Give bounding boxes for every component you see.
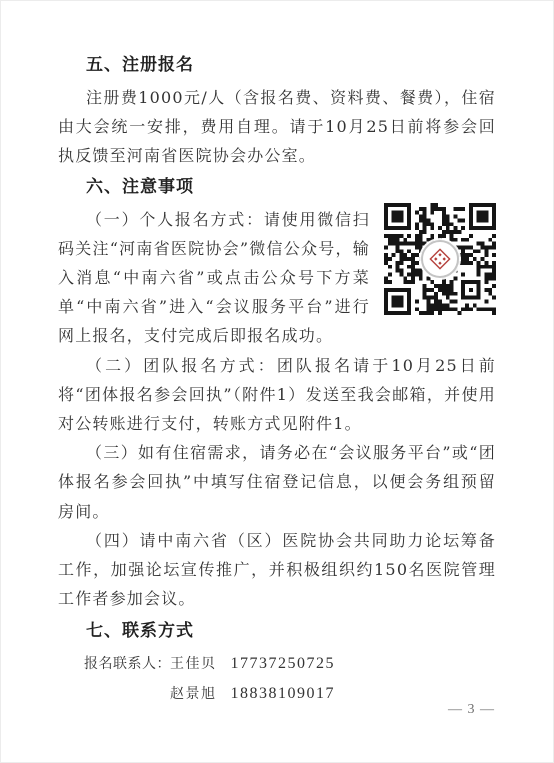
association-logo-icon [421,240,459,278]
contact-phone-2: 18838109017 [231,685,336,702]
section-heading-notes: 六、注意事项 [86,175,496,199]
note-item-3: （三）如有住宿需求，请务必在“会议服务平台”或“团体报名参会回执”中填写住宿登记… [58,438,496,526]
section-heading-registration: 五、注册报名 [86,53,496,77]
contact-phone-1: 17737250725 [231,655,336,672]
page-number: — 3 — [448,702,495,718]
note-item-2: （二）团队报名方式：团队报名请于10月25日前将“团体报名参会回执”（附件1）发… [58,351,496,439]
contact-name-1: 王佳贝 [170,656,217,672]
contact-name-2: 赵景旭 [170,686,217,702]
note-item-4: （四）请中南六省（区）医院协会共同助力论坛筹备工作，加强论坛宣传推广，并积极组织… [58,526,496,614]
contact-block: 报名联系人：王佳贝17737250725 赵景旭18838109017 [84,649,496,709]
wechat-qr-code [384,203,496,315]
registration-paragraph: 注册费1000元/人（含报名费、资料费、餐费），住宿由大会统一安排，费用自理。请… [58,83,496,171]
section-heading-contact: 七、联系方式 [86,619,496,643]
document-content: 五、注册报名 注册费1000元/人（含报名费、资料费、餐费），住宿由大会统一安排… [1,1,553,709]
contact-line-1: 报名联系人：王佳贝17737250725 [84,649,496,679]
contact-line-2: 赵景旭18838109017 [84,679,496,709]
note-item-1-row: （一）个人报名方式：请使用微信扫码关注“河南省医院协会”微信公众号，输入消息“中… [58,205,496,351]
document-page: 五、注册报名 注册费1000元/人（含报名费、资料费、餐费），住宿由大会统一安排… [0,0,554,763]
contact-label: 报名联系人： [84,649,170,679]
